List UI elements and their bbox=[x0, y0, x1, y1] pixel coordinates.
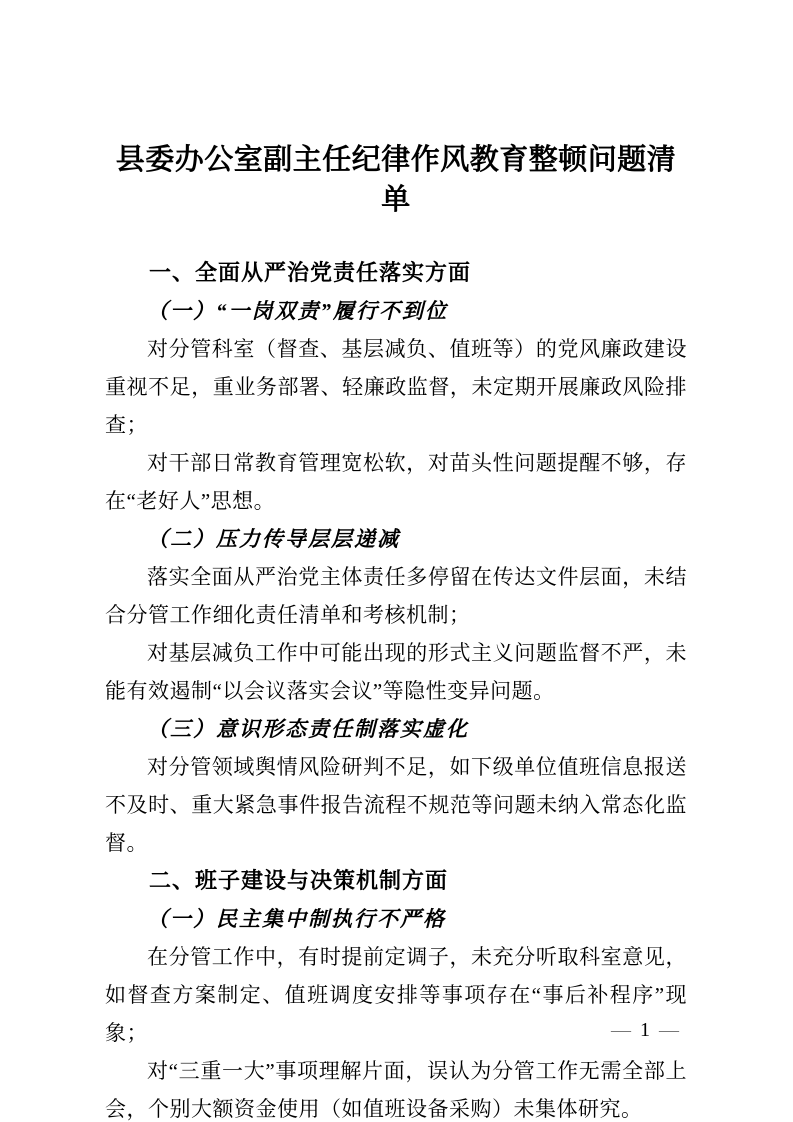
paragraph: 对基层减负工作中可能出现的形式主义问题监督不严，未能有效遏制“以会议落实会议”等… bbox=[105, 634, 687, 710]
page-number: — 1 — bbox=[611, 1019, 681, 1042]
section-1-subheading-1: （一）“一岗双责”履行不到位 bbox=[105, 292, 687, 330]
document-title: 县委办公室副主任纪律作风教育整顿问题清单 bbox=[105, 140, 687, 220]
paragraph: 在分管工作中，有时提前定调子，未充分听取科室意见，如督查方案制定、值班调度安排等… bbox=[105, 938, 687, 1052]
page-number-dash-left: — bbox=[611, 1019, 633, 1041]
page-number-dash-right: — bbox=[659, 1019, 681, 1041]
section-2-heading: 二、班子建设与决策机制方面 bbox=[105, 862, 687, 900]
paragraph: 对干部日常教育管理宽松软，对苗头性问题提醒不够，存在“老好人”思想。 bbox=[105, 444, 687, 520]
paragraph: 对“三重一大”事项理解片面，误认为分管工作无需全部上会，个别大额资金使用（如值班… bbox=[105, 1052, 687, 1122]
section-1-heading: 一、全面从严治党责任落实方面 bbox=[105, 254, 687, 292]
document-page: 县委办公室副主任纪律作风教育整顿问题清单 一、全面从严治党责任落实方面 （一）“… bbox=[0, 0, 793, 1122]
section-1-subheading-3: （三）意识形态责任制落实虚化 bbox=[105, 710, 687, 748]
paragraph: 落实全面从严治党主体责任多停留在传达文件层面，未结合分管工作细化责任清单和考核机… bbox=[105, 558, 687, 634]
section-2-subheading-1: （一）民主集中制执行不严格 bbox=[105, 900, 687, 938]
section-1-subheading-2: （二）压力传导层层递减 bbox=[105, 520, 687, 558]
paragraph: 对分管领域舆情风险研判不足，如下级单位值班信息报送不及时、重大紧急事件报告流程不… bbox=[105, 748, 687, 862]
page-number-value: 1 bbox=[640, 1019, 652, 1041]
paragraph: 对分管科室（督查、基层减负、值班等）的党风廉政建设重视不足，重业务部署、轻廉政监… bbox=[105, 330, 687, 444]
